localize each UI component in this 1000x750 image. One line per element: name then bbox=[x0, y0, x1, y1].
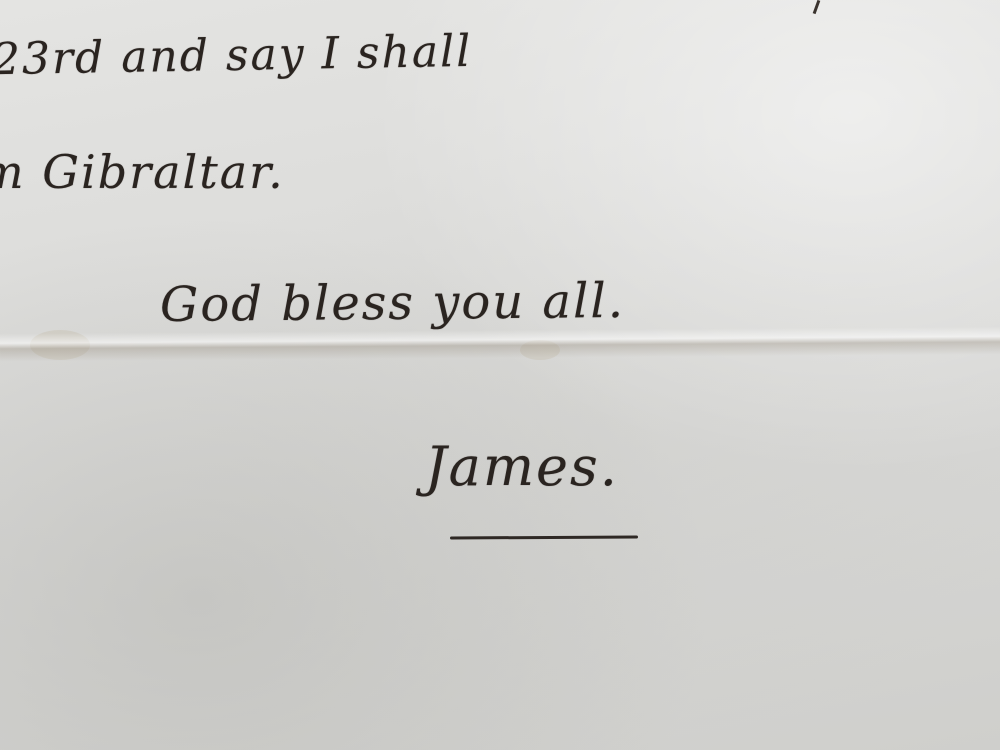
signature: James. bbox=[425, 435, 619, 498]
closing-blessing: God bless you all. bbox=[160, 273, 625, 333]
paper-fold-crease bbox=[0, 327, 1000, 362]
ink-stroke-fragment bbox=[813, 0, 821, 14]
letter-line-1: 23rd and say I shall bbox=[0, 26, 473, 85]
signature-underline bbox=[450, 536, 638, 540]
letter-line-2: m Gibraltar. bbox=[0, 145, 285, 199]
